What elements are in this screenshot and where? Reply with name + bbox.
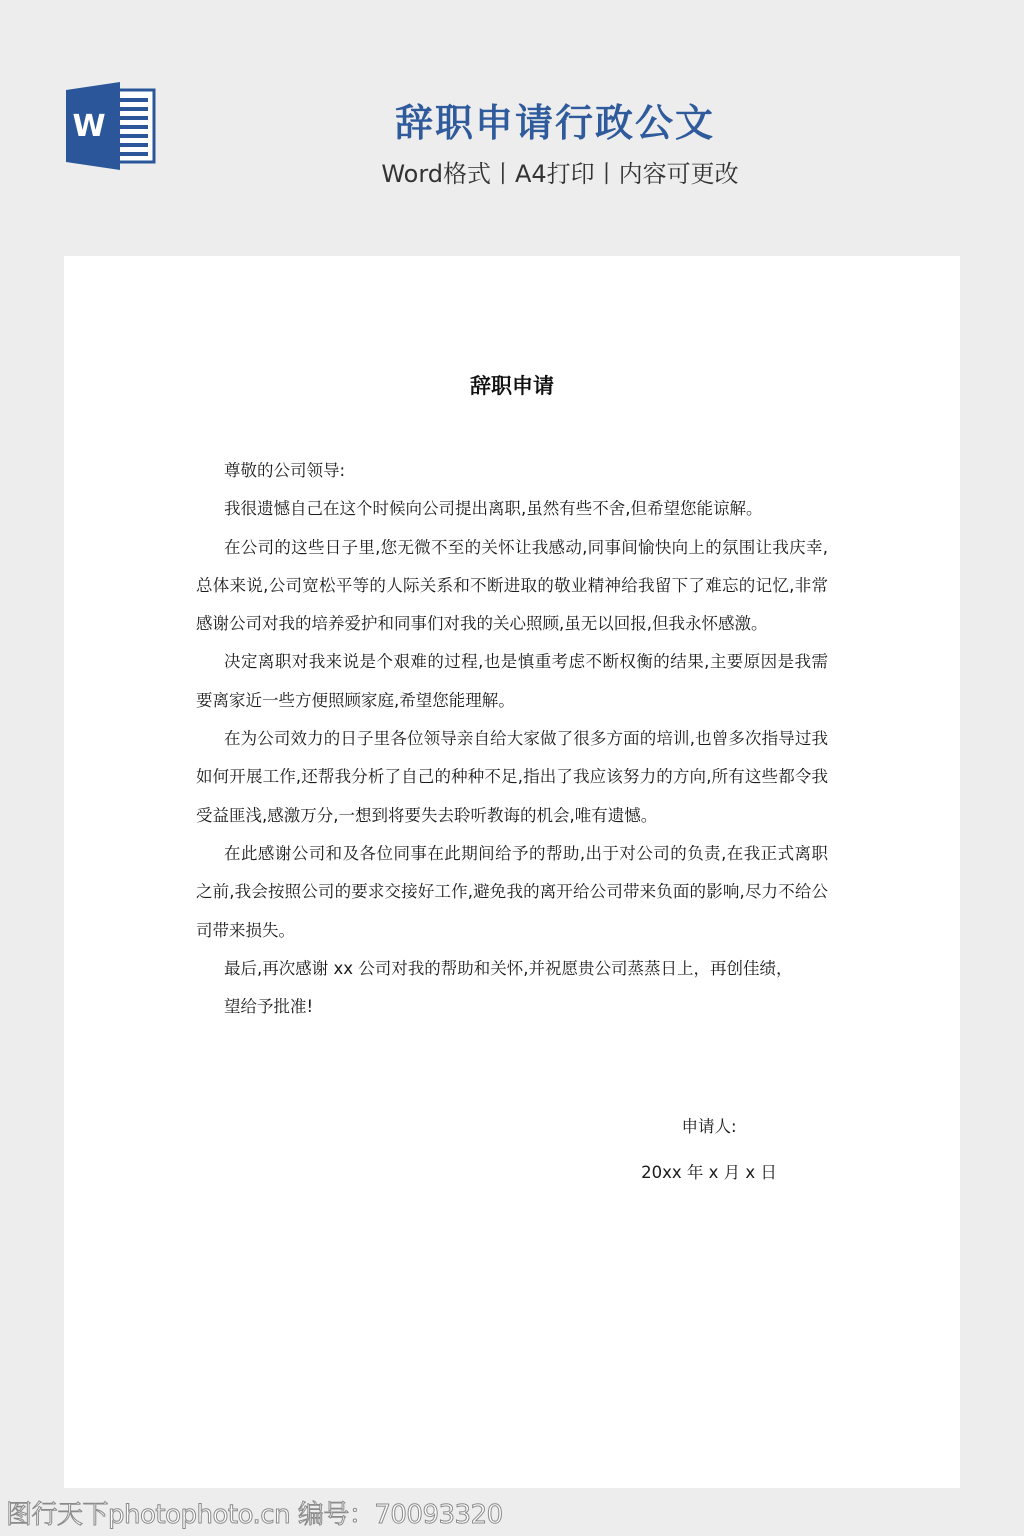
signature-date: 20xx 年 x 月 x 日 <box>624 1150 794 1196</box>
paragraph-5: 在此感谢公司和及各位同事在此期间给予的帮助,出于对公司的负责,在我正式离职之前,… <box>196 835 828 950</box>
signature-block: 申请人: 20xx 年 x 月 x 日 <box>624 1104 794 1196</box>
applicant-label: 申请人: <box>624 1104 794 1150</box>
word-icon-letter: W <box>72 109 105 144</box>
paragraph-1: 我很遗憾自己在这个时候向公司提出离职,虽然有些不舍,但希望您能谅解。 <box>196 490 828 528</box>
paragraph-7: 望给予批准! <box>196 988 828 1026</box>
document-title: 辞职申请 <box>64 370 960 400</box>
salutation: 尊敬的公司领导: <box>196 452 828 490</box>
word-icon: W <box>64 82 156 170</box>
paragraph-2: 在公司的这些日子里,您无微不至的关怀让我感动,同事间愉快向上的氛围让我庆幸,总体… <box>196 529 828 644</box>
paragraph-3: 决定离职对我来说是个艰难的过程,也是慎重考虑不断权衡的结果,主要原因是我需要离家… <box>196 643 828 720</box>
document-body: 尊敬的公司领导: 我很遗憾自己在这个时候向公司提出离职,虽然有些不舍,但希望您能… <box>196 452 828 1026</box>
paragraph-4: 在为公司效力的日子里各位领导亲自给大家做了很多方面的培训,也曾多次指导过我如何开… <box>196 720 828 835</box>
watermark: 图行天下photophoto.cn 编号：70093320 <box>6 1494 503 1531</box>
page-subtitle: Word格式丨A4打印丨内容可更改 <box>330 154 790 189</box>
paragraph-6: 最后,再次感谢 xx 公司对我的帮助和关怀,并祝愿贵公司蒸蒸日上，再创佳绩， <box>196 950 828 988</box>
page-title: 辞职申请行政公文 <box>340 92 770 147</box>
document-page: 辞职申请 尊敬的公司领导: 我很遗憾自己在这个时候向公司提出离职,虽然有些不舍,… <box>64 256 960 1488</box>
